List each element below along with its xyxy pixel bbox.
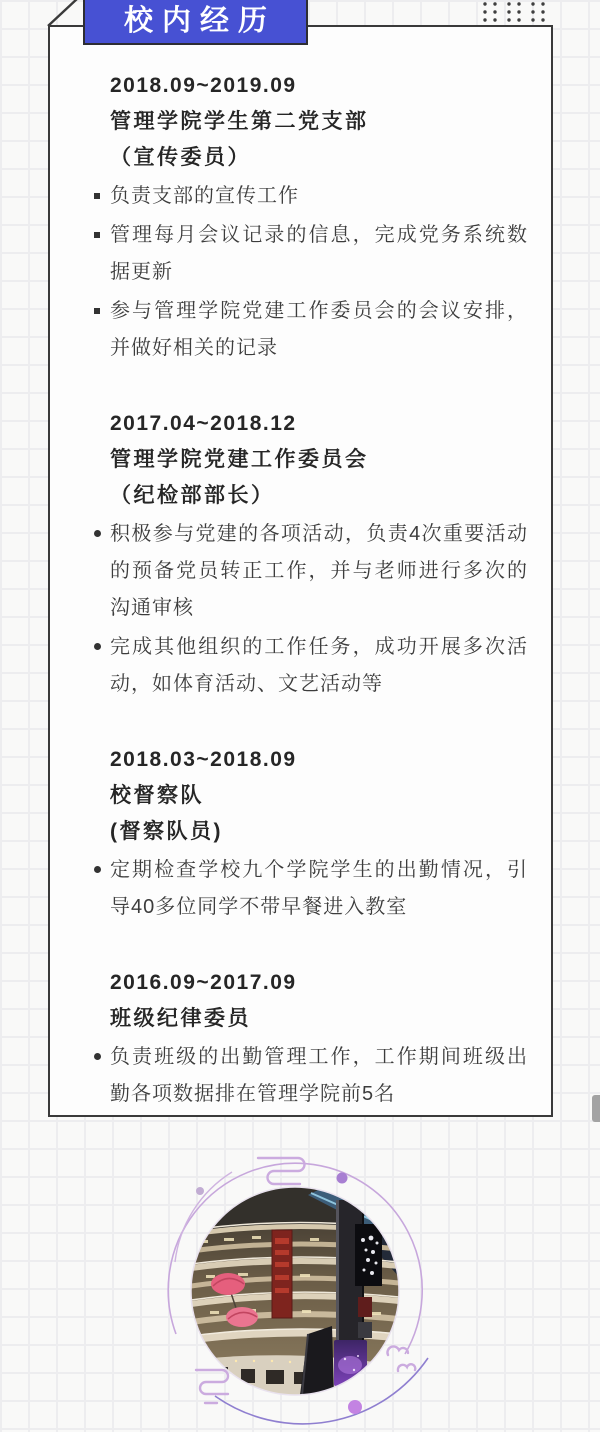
entry-date: 2018.09~2019.09 xyxy=(110,73,528,99)
experience-entry: 2018.03~2018.09 校督察队 (督察队员) 定期检查学校九个学院学生… xyxy=(110,747,528,926)
entry-bullets: 负责支部的宣传工作 管理每月会议记录的信息，完成党务系统数据更新 参与管理学院党… xyxy=(110,178,528,367)
entry-date: 2016.09~2017.09 xyxy=(110,970,528,996)
folded-corner-icon xyxy=(40,0,84,30)
entry-role: (督察队员) xyxy=(110,818,528,846)
bullet-item: 定期检查学校九个学院学生的出勤情况，引导40多位同学不带早餐进入教室 xyxy=(110,852,528,926)
entry-organization: 班级纪律委员 xyxy=(110,1005,528,1033)
bullet-item: 完成其他组织的工作任务，成功开展多次活动，如体育活动、文艺活动等 xyxy=(110,629,528,703)
entry-date: 2017.04~2018.12 xyxy=(110,411,528,437)
entry-bullets: 积极参与党建的各项活动，负责4次重要活动的预备党员转正工作，并与老师进行多次的沟… xyxy=(110,516,528,703)
profile-photo xyxy=(191,1187,399,1395)
entry-bullets: 定期检查学校九个学院学生的出勤情况，引导40多位同学不带早餐进入教室 xyxy=(110,852,528,926)
entry-role: （宣传委员） xyxy=(110,144,528,172)
entry-organization: 管理学院学生第二党支部 xyxy=(110,108,528,136)
bullet-item: 参与管理学院党建工作委员会的会议安排，并做好相关的记录 xyxy=(110,293,528,367)
resume-page: 校内经历 2018.09~2019.09 管理学院学生第二党支部 （宣传委员） … xyxy=(0,0,600,1432)
mall-atrium-photo xyxy=(0,1112,600,1432)
bullet-item: 积极参与党建的各项活动，负责4次重要活动的预备党员转正工作，并与老师进行多次的沟… xyxy=(110,516,528,627)
bullet-item: 负责班级的出勤管理工作，工作期间班级出勤各项数据排在管理学院前5名 xyxy=(110,1039,528,1113)
entry-date: 2018.03~2018.09 xyxy=(110,747,528,773)
entry-organization: 校督察队 xyxy=(110,782,528,810)
bullet-item: 负责支部的宣传工作 xyxy=(110,178,528,215)
experience-entry: 2017.04~2018.12 管理学院党建工作委员会 （纪检部部长） 积极参与… xyxy=(110,411,528,703)
entry-role: （纪检部部长） xyxy=(110,482,528,510)
experience-entry: 2018.09~2019.09 管理学院学生第二党支部 （宣传委员） 负责支部的… xyxy=(110,73,528,367)
experience-list: 2018.09~2019.09 管理学院学生第二党支部 （宣传委员） 负责支部的… xyxy=(50,27,551,1113)
experience-entry: 2016.09~2017.09 班级纪律委员 负责班级的出勤管理工作，工作期间班… xyxy=(110,970,528,1113)
entry-bullets: 负责班级的出勤管理工作，工作期间班级出勤各项数据排在管理学院前5名 xyxy=(110,1039,528,1113)
photo-decoration xyxy=(0,1112,600,1432)
entry-organization: 管理学院党建工作委员会 xyxy=(110,446,528,474)
dots-grid-icon xyxy=(482,1,548,23)
bullet-item: 管理每月会议记录的信息，完成党务系统数据更新 xyxy=(110,217,528,291)
